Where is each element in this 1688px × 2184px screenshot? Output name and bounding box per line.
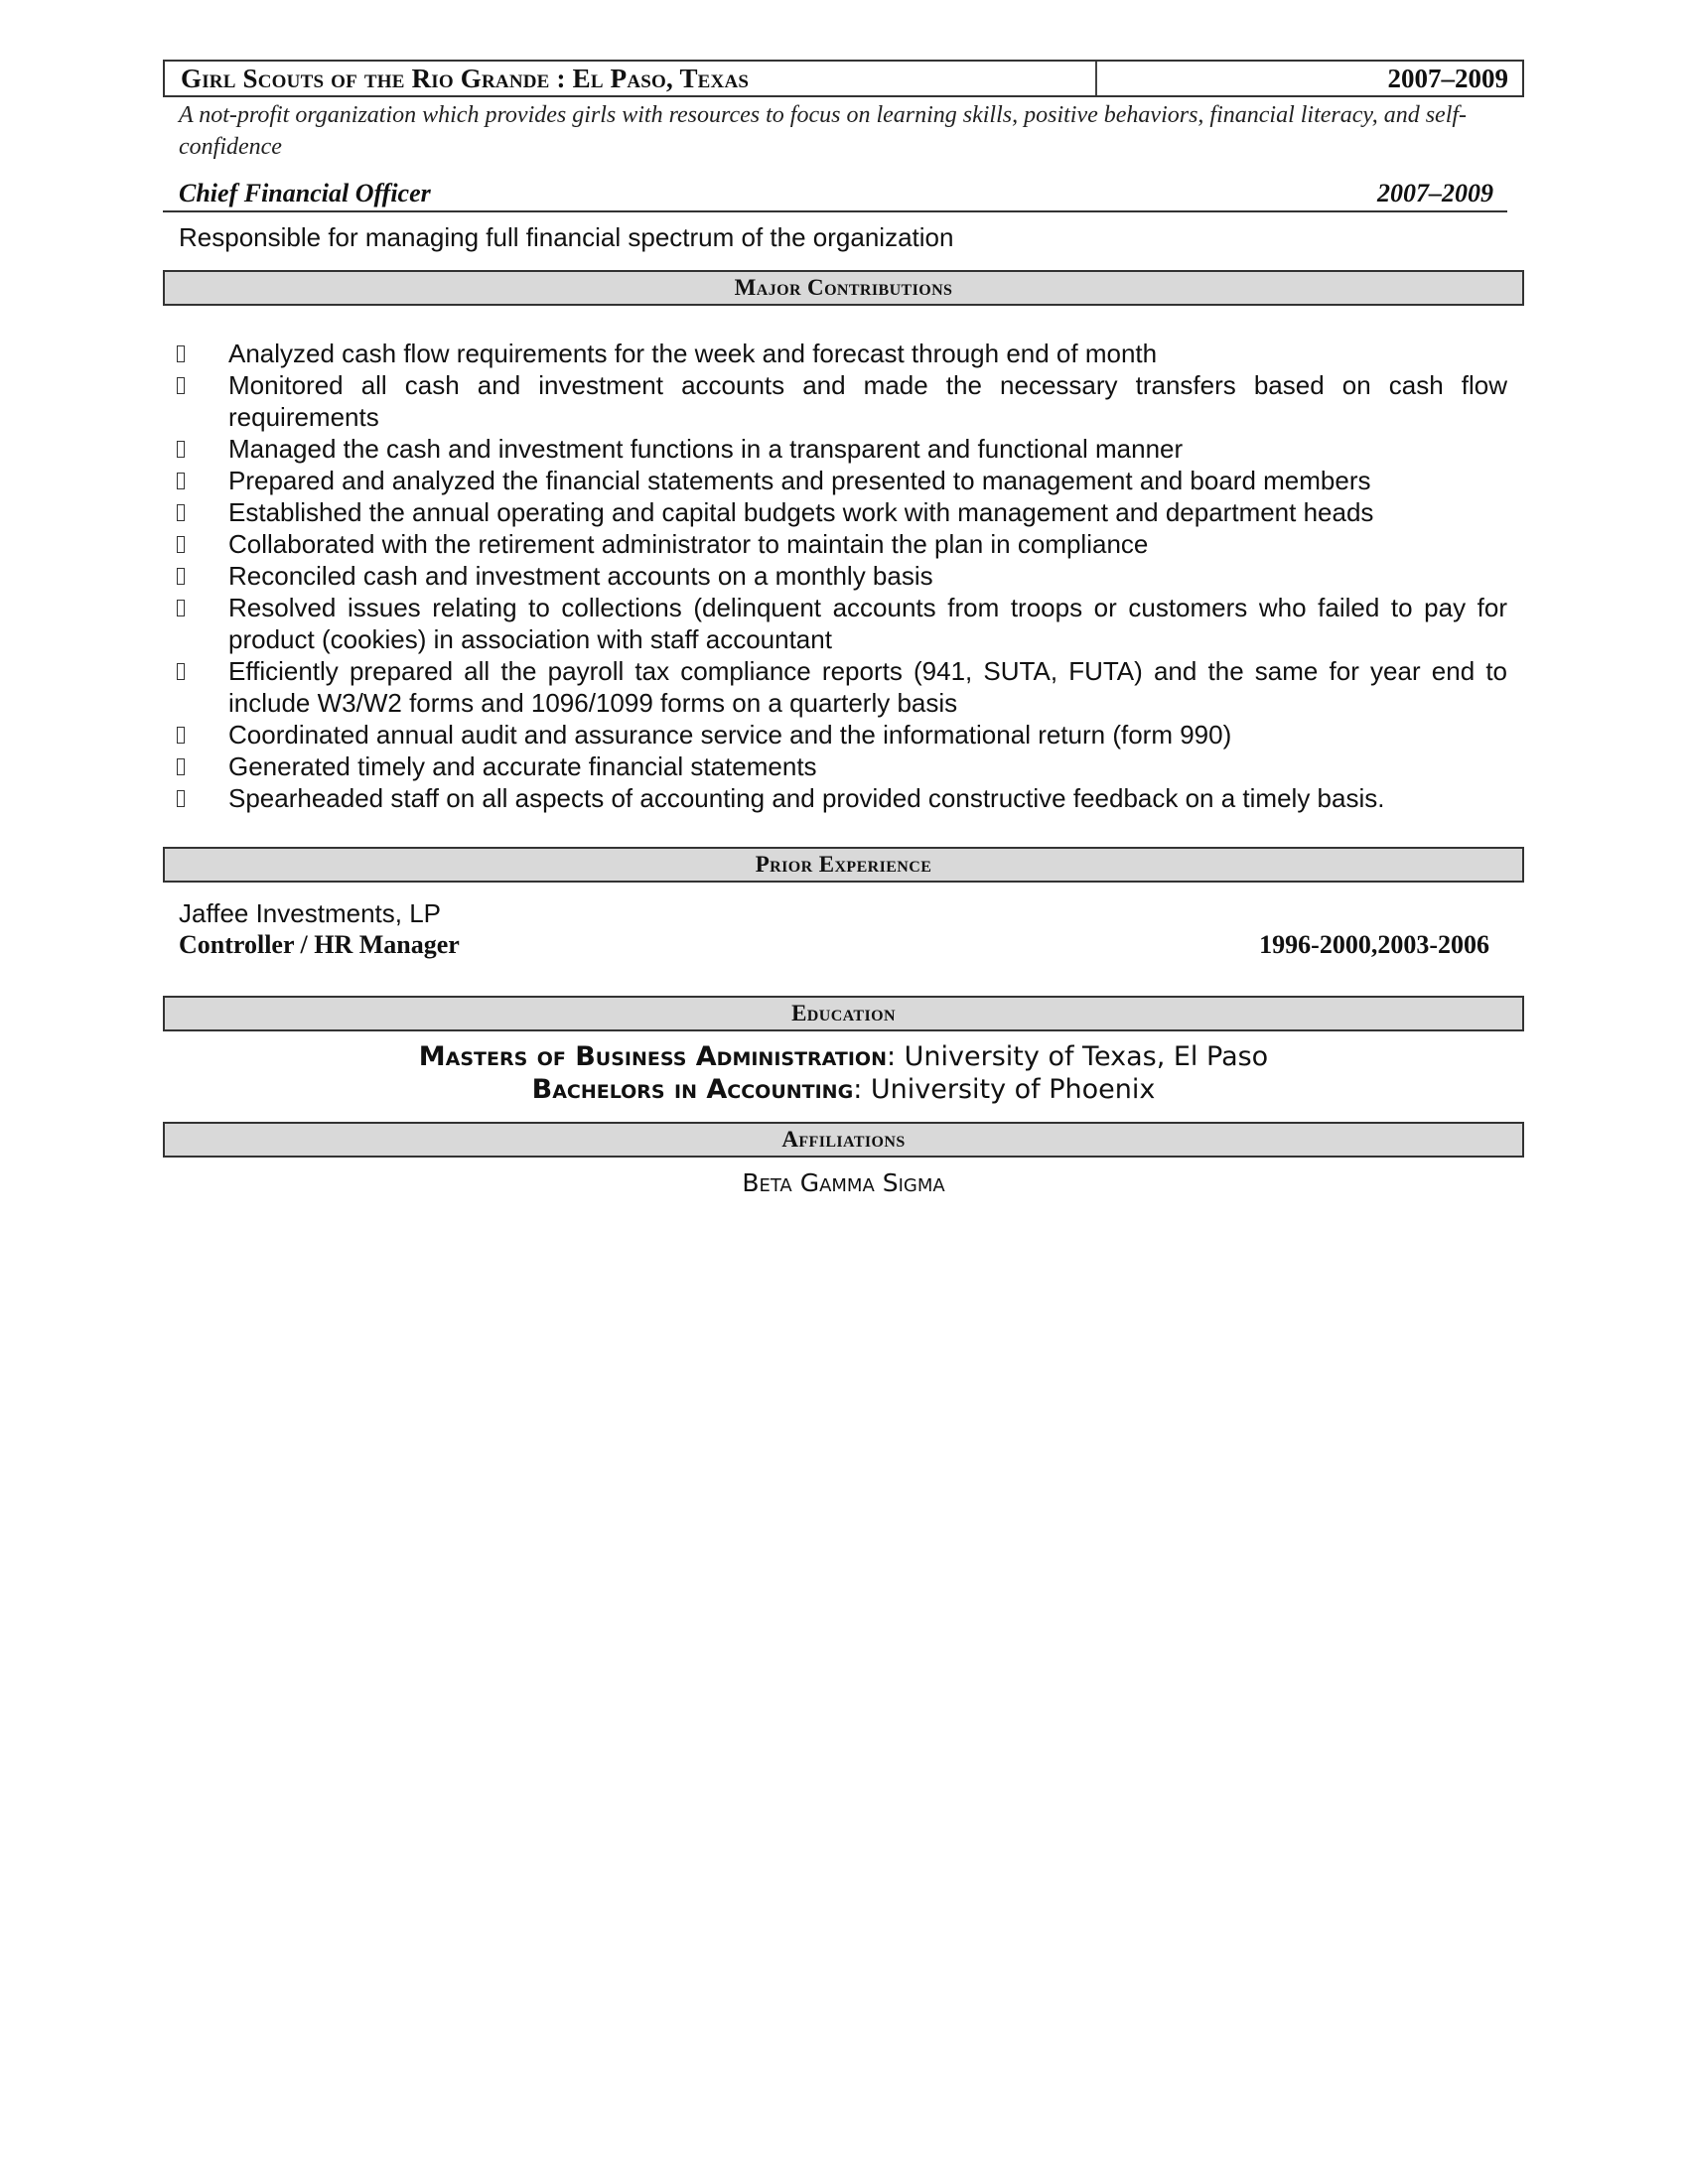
education-entry: Masters of Business Administration: Univ… bbox=[163, 1041, 1524, 1072]
contribution-item: Efficiently prepared all the payroll tax… bbox=[163, 655, 1507, 719]
contribution-text: Resolved issues relating to collections … bbox=[228, 593, 1507, 654]
contribution-text: Established the annual operating and cap… bbox=[228, 497, 1373, 527]
contribution-item: Generated timely and accurate financial … bbox=[163, 751, 1507, 782]
role-summary: Responsible for managing full financial … bbox=[179, 222, 953, 253]
bullet-icon bbox=[177, 568, 185, 585]
role-heading: Chief Financial Officer 2007–2009 bbox=[163, 179, 1507, 212]
organization-description: A not-profit organization which provides… bbox=[179, 99, 1519, 163]
education-degree: Masters of Business Administration bbox=[419, 1041, 887, 1072]
bullet-icon bbox=[177, 758, 185, 775]
education-degree: Bachelors in Accounting bbox=[532, 1074, 854, 1105]
education-entry: Bachelors in Accounting: University of P… bbox=[163, 1074, 1524, 1105]
bullet-icon bbox=[177, 441, 185, 458]
affiliation-item: Beta Gamma Sigma bbox=[163, 1168, 1524, 1197]
section-major-contributions: Major Contributions bbox=[163, 270, 1524, 306]
contribution-text: Monitored all cash and investment accoun… bbox=[228, 370, 1507, 432]
contribution-item: Coordinated annual audit and assurance s… bbox=[163, 719, 1507, 751]
role-dates: 2007–2009 bbox=[1377, 179, 1493, 208]
bullet-icon bbox=[177, 473, 185, 489]
bullet-icon bbox=[177, 600, 185, 616]
prior-dates: 1996-2000,2003-2006 bbox=[1259, 930, 1489, 960]
bullet-icon bbox=[177, 727, 185, 744]
contribution-item: Collaborated with the retirement adminis… bbox=[163, 528, 1507, 560]
education-separator: : bbox=[887, 1041, 905, 1072]
contribution-item: Spearheaded staff on all aspects of acco… bbox=[163, 782, 1507, 814]
education-separator: : bbox=[853, 1074, 871, 1105]
contribution-item: Resolved issues relating to collections … bbox=[163, 592, 1507, 655]
contribution-item: Analyzed cash flow requirements for the … bbox=[163, 338, 1507, 369]
section-affiliations: Affiliations bbox=[163, 1122, 1524, 1158]
contribution-text: Analyzed cash flow requirements for the … bbox=[228, 339, 1157, 368]
prior-role: Controller / HR Manager bbox=[179, 930, 460, 960]
contribution-item: Prepared and analyzed the financial stat… bbox=[163, 465, 1507, 496]
bullet-icon bbox=[177, 536, 185, 553]
contribution-text: Efficiently prepared all the payroll tax… bbox=[228, 656, 1507, 718]
contribution-text: Reconciled cash and investment accounts … bbox=[228, 561, 933, 591]
contribution-item: Reconciled cash and investment accounts … bbox=[163, 560, 1507, 592]
organization-dates: 2007–2009 bbox=[1097, 62, 1522, 95]
contribution-text: Prepared and analyzed the financial stat… bbox=[228, 466, 1371, 495]
bullet-icon bbox=[177, 504, 185, 521]
prior-company: Jaffee Investments, LP bbox=[179, 898, 441, 929]
contribution-text: Managed the cash and investment function… bbox=[228, 434, 1183, 464]
contribution-item: Monitored all cash and investment accoun… bbox=[163, 369, 1507, 433]
education-school: University of Phoenix bbox=[871, 1074, 1156, 1105]
bullet-icon bbox=[177, 345, 185, 362]
organization-header: Girl Scouts of the Rio Grande : El Paso,… bbox=[163, 60, 1524, 97]
role-title: Chief Financial Officer bbox=[179, 179, 431, 208]
section-education: Education bbox=[163, 996, 1524, 1031]
contribution-text: Coordinated annual audit and assurance s… bbox=[228, 720, 1231, 750]
education-school: University of Texas, El Paso bbox=[905, 1041, 1269, 1072]
contribution-item: Managed the cash and investment function… bbox=[163, 433, 1507, 465]
contribution-item: Established the annual operating and cap… bbox=[163, 496, 1507, 528]
bullet-icon bbox=[177, 663, 185, 680]
organization-name: Girl Scouts of the Rio Grande : El Paso,… bbox=[165, 62, 1097, 95]
contributions-list: Analyzed cash flow requirements for the … bbox=[163, 338, 1507, 814]
bullet-icon bbox=[177, 790, 185, 807]
section-prior-experience: Prior Experience bbox=[163, 847, 1524, 883]
contribution-text: Collaborated with the retirement adminis… bbox=[228, 529, 1148, 559]
contribution-text: Generated timely and accurate financial … bbox=[228, 751, 817, 781]
contribution-text: Spearheaded staff on all aspects of acco… bbox=[228, 783, 1384, 813]
bullet-icon bbox=[177, 377, 185, 394]
